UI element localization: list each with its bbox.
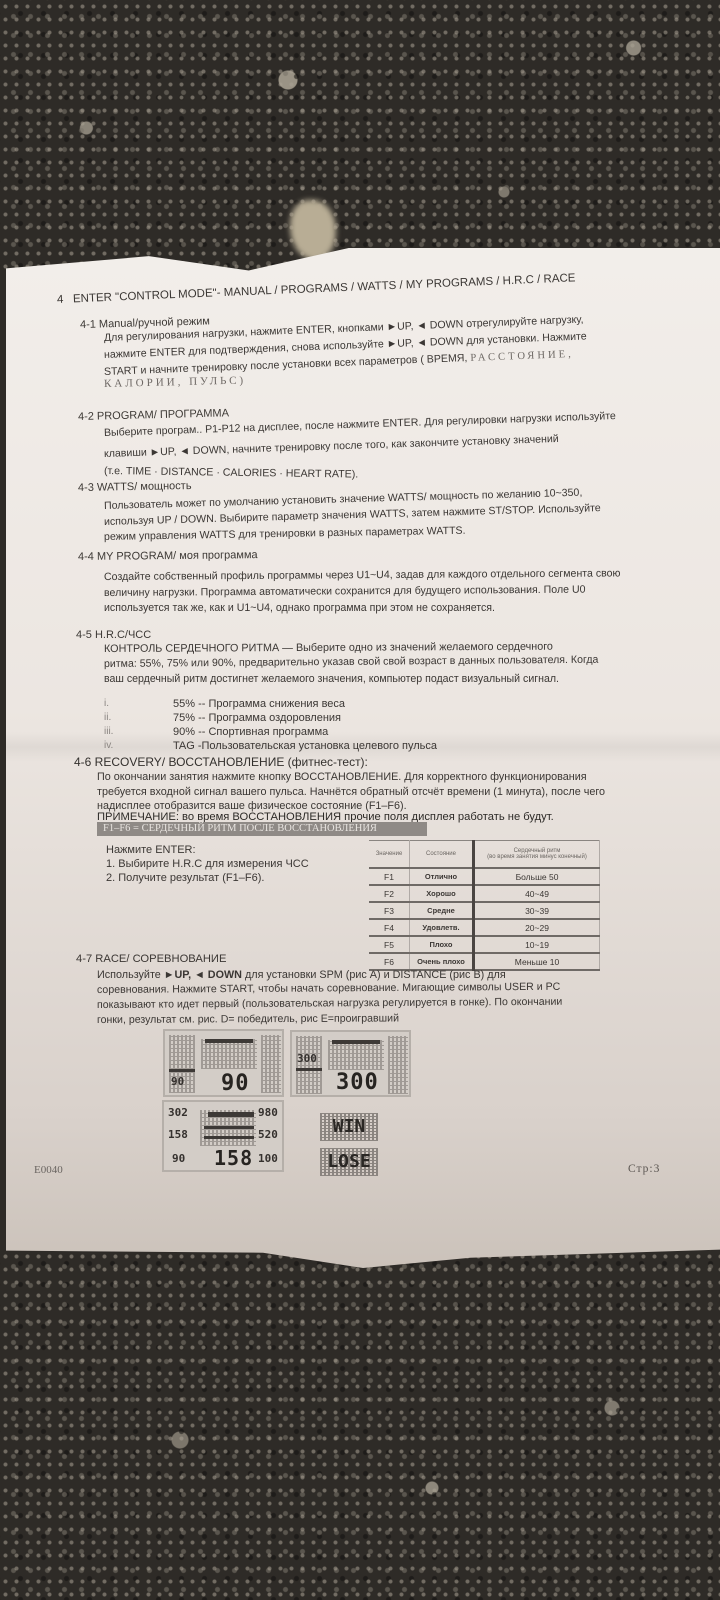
footer-code: E0040 (34, 1163, 63, 1177)
lcd-side-value: 980 (258, 1106, 278, 1119)
lcd-bar (204, 1136, 254, 1139)
lcd-segment-grid (296, 1036, 322, 1094)
race-line: гонки, результат см. рис. D= победитель,… (97, 1011, 399, 1027)
recovery-step: 2. Получите результат (F1–F6). (106, 871, 264, 885)
race-line: показывают кто идет первый (пользователь… (97, 995, 562, 1012)
header-heart-rate-note: (во время занятия минус конечный) (479, 854, 595, 860)
recovery-line: По окончании занятия нажмите кнопку ВОСС… (97, 770, 587, 784)
manual-spaced-word: РАССТОЯНИЕ, (470, 349, 574, 364)
watts-heading: 4-3 WATTS/ мощность (78, 479, 192, 495)
lcd-main-value: 300 (336, 1070, 379, 1095)
race-line-text: Используйте (97, 969, 164, 981)
my-program-heading: 4-4 MY PROGRAM/ моя программа (78, 548, 258, 564)
page-number: Стр:3 (628, 1162, 660, 1176)
row-heart-rate: 30~39 (474, 902, 600, 919)
lcd-figure-a: 90 90 (163, 1029, 284, 1097)
hrc-option-marker: i. (104, 697, 109, 711)
row-value: F2 (369, 885, 410, 902)
my-program-line: используется так же, как и U1~U4, однако… (104, 601, 495, 615)
lcd-side-value: 90 (172, 1152, 185, 1165)
hrc-option-marker: iii. (104, 725, 113, 739)
lcd-side-value: 100 (258, 1152, 278, 1165)
table-row: F1 Отлично Больше 50 (369, 868, 600, 885)
lcd-bar (332, 1040, 380, 1044)
hrc-option-marker: ii. (104, 711, 111, 725)
row-state: Плохо (410, 936, 474, 953)
race-keys: ►UP, ◄ DOWN (164, 969, 242, 981)
race-heading: 4-7 RACE/ СОРЕВНОВАНИЕ (76, 952, 226, 966)
recovery-heading: 4-6 RECOVERY/ ВОССТАНОВЛЕНИЕ (фитнес-тес… (74, 755, 368, 769)
recovery-step: Нажмите ENTER: (106, 843, 196, 857)
lcd-side-value: 300 (297, 1052, 317, 1065)
hrc-option: 55% -- Программа снижения веса (173, 697, 345, 711)
recovery-step: 1. Выбирите H.R.C для измерения ЧСС (106, 857, 309, 871)
lcd-side-value: 302 (168, 1106, 188, 1119)
row-value: F1 (369, 868, 410, 885)
lcd-bar (169, 1069, 195, 1072)
table-row: F3 Средне 30~39 (369, 902, 600, 919)
lcd-segment-grid (388, 1036, 408, 1094)
lcd-bar (208, 1112, 254, 1117)
lcd-main-value: 90 (221, 1071, 250, 1096)
lcd-figure-e-lose: LOSE (320, 1148, 378, 1176)
section-number: 4 (57, 294, 64, 306)
row-heart-rate: 40~49 (474, 885, 600, 902)
lcd-side-value: 90 (171, 1075, 184, 1088)
table-row: F5 Плохо 10~19 (369, 936, 600, 953)
race-line-text: для установки SPM (рис A) и DISTANCE (ри… (242, 969, 506, 981)
fitness-table: Значение Состояние Сердечный ритм (во вр… (369, 840, 600, 971)
lcd-bar (204, 1126, 254, 1129)
lcd-bar (296, 1068, 322, 1071)
lcd-side-value: 520 (258, 1128, 278, 1141)
row-value: F3 (369, 902, 410, 919)
lcd-bar (205, 1039, 253, 1043)
lcd-figure-c: 302 158 90 980 520 100 158 (162, 1100, 284, 1172)
hrc-heading: 4-5 H.R.C/ЧСС (76, 628, 151, 642)
my-program-line: величину нагрузки. Программа автоматичес… (104, 583, 586, 600)
manual-line: КАЛОРИИ, ПУЛЬС) (104, 374, 246, 391)
recovery-banner: F1–F6 = СЕРДЕЧНЫЙ РИТМ ПОСЛЕ ВОССТАНОВЛЕ… (97, 822, 427, 836)
hrc-option-marker: iv. (104, 739, 113, 753)
fitness-table-header: Значение Состояние Сердечный ритм (во вр… (369, 841, 600, 869)
row-state: Хорошо (410, 885, 474, 902)
hrc-option: 90% -- Спортивная программа (173, 725, 328, 739)
row-state: Отлично (410, 868, 474, 885)
table-row: F4 Удовлетв. 20~29 (369, 919, 600, 936)
header-value: Значение (369, 841, 410, 869)
row-value: F4 (369, 919, 410, 936)
lcd-figure-d-win: WIN (320, 1113, 378, 1141)
manual-page: 4 ENTER "CONTROL MODE"- MANUAL / PROGRAM… (0, 0, 720, 1600)
row-state: Средне (410, 902, 474, 919)
lcd-segment-grid (328, 1040, 384, 1070)
hrc-option: TAG -Пользовательская установка целевого… (173, 739, 437, 753)
section-title: ENTER "CONTROL MODE"- MANUAL / PROGRAMS … (73, 272, 576, 305)
row-heart-rate: 20~29 (474, 919, 600, 936)
row-heart-rate: 10~19 (474, 936, 600, 953)
table-row: F2 Хорошо 40~49 (369, 885, 600, 902)
hrc-line: ритма: 55%, 75% или 90%, предварительно … (104, 653, 599, 671)
lcd-segment-grid (261, 1035, 281, 1093)
lcd-segment-grid (201, 1039, 257, 1069)
hrc-option: 75% -- Программа оздоровления (173, 711, 341, 725)
header-heart-rate: Сердечный ритм (во время занятия минус к… (474, 841, 600, 869)
lcd-main-value: 158 (214, 1146, 253, 1170)
row-state: Удовлетв. (410, 919, 474, 936)
section-heading: 4 ENTER "CONTROL MODE"- MANUAL / PROGRAM… (57, 271, 576, 307)
lcd-figure-b: 300 300 (290, 1030, 411, 1097)
row-heart-rate: Больше 50 (474, 868, 600, 885)
lcd-side-value: 158 (168, 1128, 188, 1141)
hrc-line: ваш сердечный ритм достигнет желаемого з… (104, 672, 559, 686)
program-heading: 4-2 PROGRAM/ ПРОГРАММА (78, 406, 229, 424)
recovery-line: требуется входной сигнал вашего пульса. … (97, 785, 605, 799)
my-program-line: Создайте собственный профиль программы ч… (104, 566, 621, 584)
header-state: Состояние (410, 841, 474, 869)
row-value: F5 (369, 936, 410, 953)
